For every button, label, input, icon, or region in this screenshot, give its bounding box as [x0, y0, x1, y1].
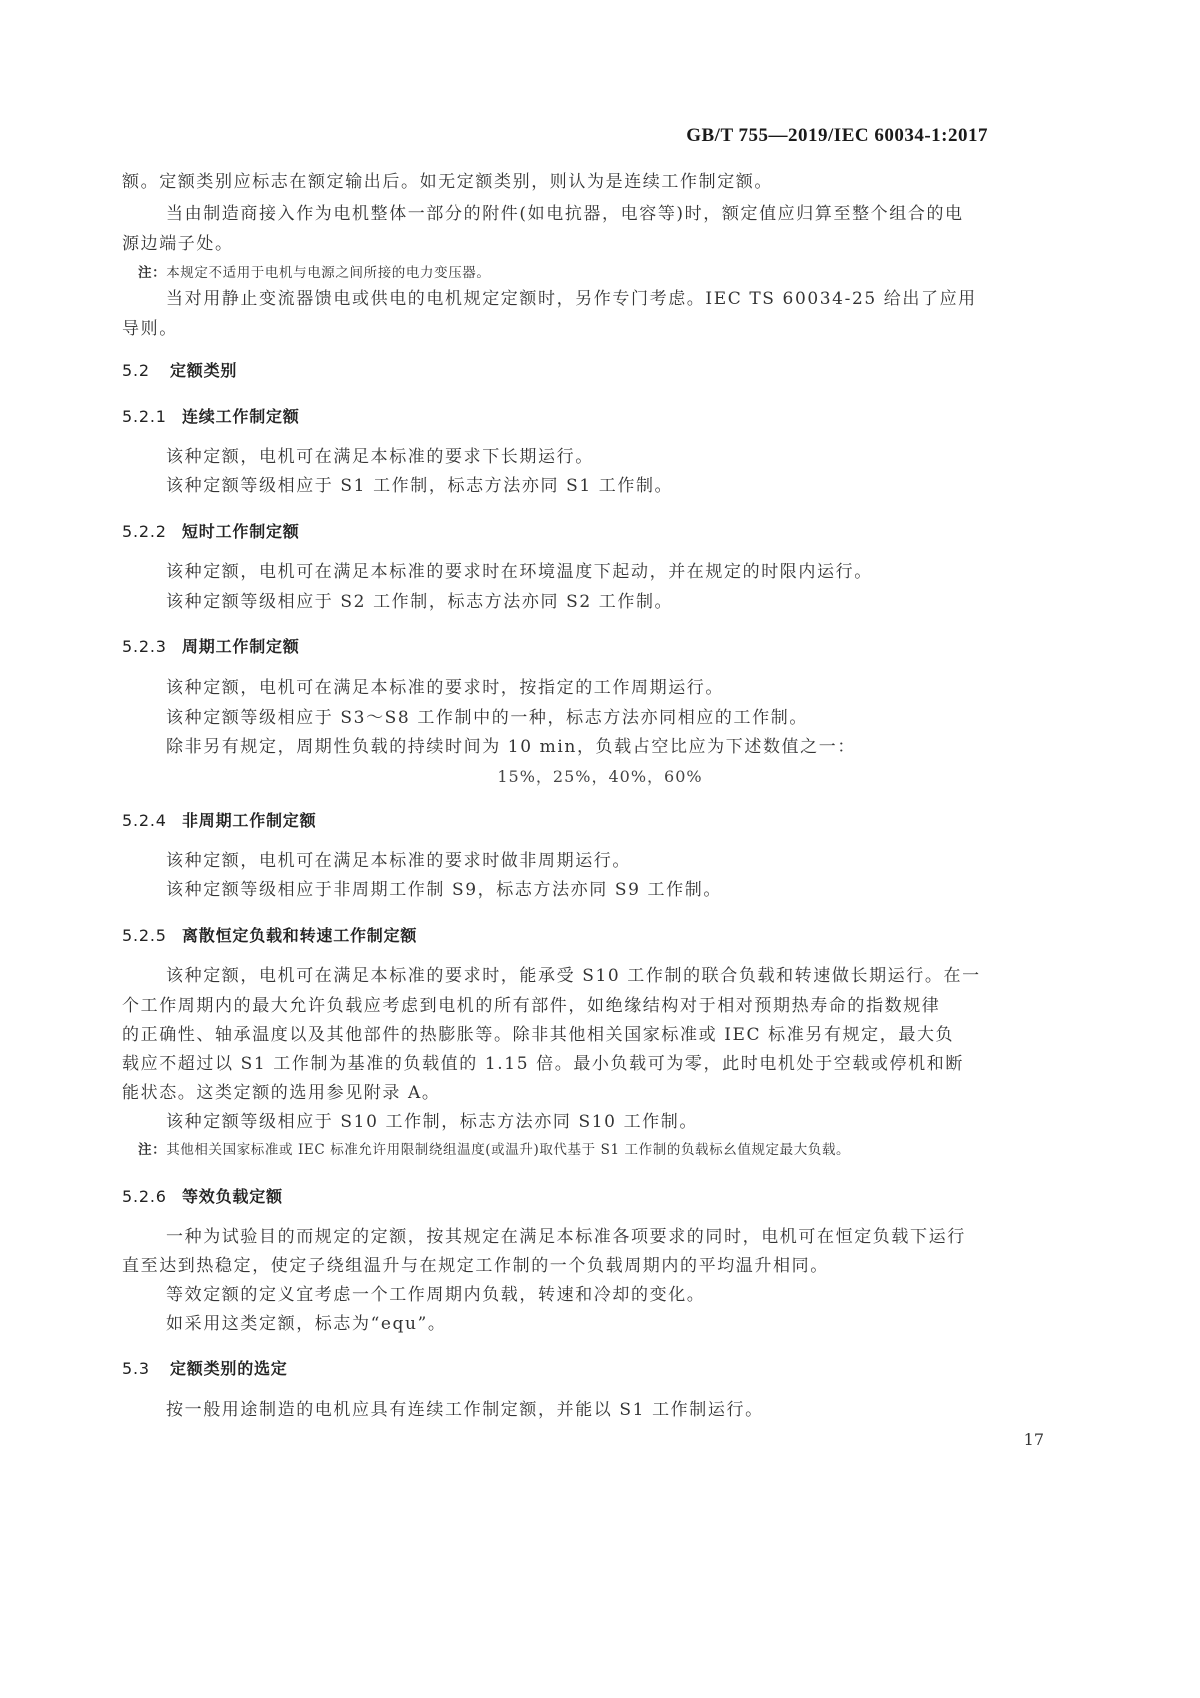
section-number: 5.2.4	[122, 811, 182, 830]
paragraph-line: 载应不超过以 S1 工作制为基准的负载值的 1.15 倍。最小负载可为零，此时电…	[122, 1054, 964, 1074]
standard-header: GB/T 755—2019/IEC 60034-1:2017	[686, 125, 988, 147]
section-number: 5.3	[122, 1359, 170, 1378]
paragraph-line: 一种为试验目的而规定的定额，按其规定在满足本标准各项要求的同时，电机可在恒定负载…	[166, 1227, 966, 1247]
paragraph-line: 如采用这类定额，标志为“equ”。	[166, 1314, 446, 1334]
section-title: 离散恒定负载和转速工作制定额	[182, 926, 417, 945]
section-heading-5-2-6: 5.2.6等效负载定额	[122, 1184, 283, 1207]
paragraph-line: 的正确性、轴承温度以及其他部件的热膨胀等。除非其他相关国家标准或 IEC 标准另…	[122, 1025, 954, 1045]
section-title: 短时工作制定额	[182, 522, 300, 541]
paragraph-line: 该种定额等级相应于 S10 工作制，标志方法亦同 S10 工作制。	[166, 1112, 698, 1132]
section-number: 5.2.1	[122, 407, 182, 426]
section-heading-5-2-4: 5.2.4非周期工作制定额	[122, 808, 316, 831]
duty-cycle-values: 15%，25%，40%，60%	[0, 764, 1200, 787]
section-number: 5.2.6	[122, 1187, 182, 1206]
section-number: 5.2.2	[122, 522, 182, 541]
paragraph-line: 当对用静止变流器馈电或供电的电机规定定额时，另作专门考虑。IEC TS 6003…	[166, 289, 977, 309]
paragraph-line: 当由制造商接入作为电机整体一部分的附件(如电抗器，电容等)时，额定值应归算至整个…	[166, 204, 964, 224]
paragraph-line: 按一般用途制造的电机应具有连续工作制定额，并能以 S1 工作制运行。	[166, 1400, 764, 1420]
page-number: 17	[1024, 1430, 1044, 1449]
note-text: 其他相关国家标准或 IEC 标准允许用限制绕组温度(或温升)取代基于 S1 工作…	[166, 1142, 850, 1158]
section-title: 周期工作制定额	[182, 637, 300, 656]
paragraph-line: 该种定额等级相应于 S1 工作制，标志方法亦同 S1 工作制。	[166, 476, 673, 496]
paragraph-line: 该种定额等级相应于非周期工作制 S9，标志方法亦同 S9 工作制。	[166, 880, 722, 900]
paragraph-line: 直至达到热稳定，使定子绕组温升与在规定工作制的一个负载周期内的平均温升相同。	[122, 1256, 829, 1276]
paragraph-line: 额。定额类别应标志在额定输出后。如无定额类别，则认为是连续工作制定额。	[122, 172, 773, 192]
note: 注：本规定不适用于电机与电源之间所接的电力变压器。	[138, 263, 491, 283]
section-heading-5-2-2: 5.2.2短时工作制定额	[122, 519, 300, 542]
section-number: 5.2	[122, 361, 170, 380]
section-heading-5-2-1: 5.2.1连续工作制定额	[122, 404, 300, 427]
section-number: 5.2.3	[122, 637, 182, 656]
note-text: 本规定不适用于电机与电源之间所接的电力变压器。	[166, 265, 490, 281]
paragraph-line: 除非另有规定，周期性负载的持续时间为 10 min，负载占空比应为下述数值之一：	[166, 737, 856, 757]
paragraph-line: 该种定额等级相应于 S3～S8 工作制中的一种，标志方法亦同相应的工作制。	[166, 708, 808, 728]
document-page: GB/T 755—2019/IEC 60034-1:2017 额。定额类别应标志…	[0, 0, 1200, 1698]
paragraph-line: 该种定额，电机可在满足本标准的要求时在环境温度下起动，并在规定的时限内运行。	[166, 562, 873, 582]
section-heading-5-3: 5.3定额类别的选定	[122, 1356, 288, 1379]
section-heading-5-2-3: 5.2.3周期工作制定额	[122, 634, 300, 657]
note-label: 注：	[138, 1142, 166, 1158]
paragraph-line: 该种定额，电机可在满足本标准的要求时，按指定的工作周期运行。	[166, 678, 724, 698]
note-label: 注：	[138, 265, 166, 281]
paragraph-line: 源边端子处。	[122, 234, 234, 254]
paragraph-line: 能状态。这类定额的选用参见附录 A。	[122, 1083, 440, 1103]
paragraph-line: 等效定额的定义宜考虑一个工作周期内负载，转速和冷却的变化。	[166, 1285, 705, 1305]
section-heading-5-2: 5.2定额类别	[122, 358, 237, 381]
paragraph-line: 该种定额，电机可在满足本标准的要求时，能承受 S10 工作制的联合负载和转速做长…	[166, 966, 981, 986]
section-heading-5-2-5: 5.2.5离散恒定负载和转速工作制定额	[122, 923, 417, 946]
paragraph-line: 个工作周期内的最大允许负载应考虑到电机的所有部件，如绝缘结构对于相对预期热寿命的…	[122, 996, 940, 1016]
section-title: 等效负载定额	[182, 1187, 283, 1206]
section-title: 定额类别的选定	[170, 1359, 288, 1378]
paragraph-line: 导则。	[122, 319, 178, 339]
paragraph-line: 该种定额，电机可在满足本标准的要求时做非周期运行。	[166, 851, 631, 871]
section-title: 连续工作制定额	[182, 407, 300, 426]
paragraph-line: 该种定额等级相应于 S2 工作制，标志方法亦同 S2 工作制。	[166, 592, 673, 612]
note: 注：其他相关国家标准或 IEC 标准允许用限制绕组温度(或温升)取代基于 S1 …	[138, 1140, 850, 1160]
paragraph-line: 该种定额，电机可在满足本标准的要求下长期运行。	[166, 447, 594, 467]
section-number: 5.2.5	[122, 926, 182, 945]
section-title: 定额类别	[170, 361, 237, 380]
section-title: 非周期工作制定额	[182, 811, 316, 830]
